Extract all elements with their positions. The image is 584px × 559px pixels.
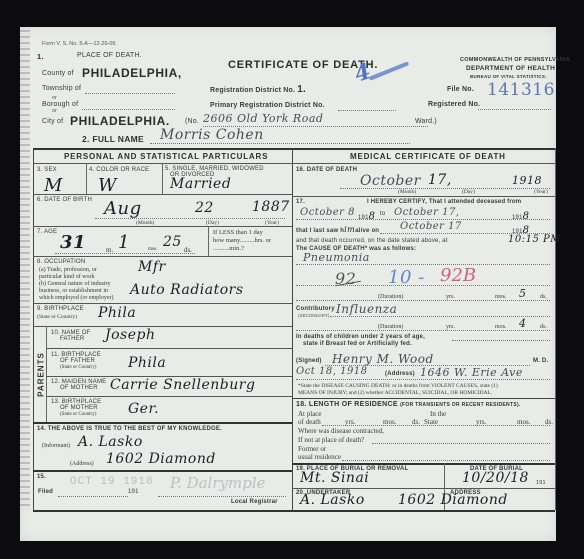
divider bbox=[86, 163, 87, 194]
residence-heading: 18. LENGTH OF RESIDENCE (FOR TRANSIENTS … bbox=[296, 401, 521, 408]
occupation-a-value: Mfr bbox=[138, 259, 166, 275]
residence-state: State bbox=[424, 418, 438, 426]
divider bbox=[208, 226, 209, 256]
md-label: M. D. bbox=[533, 358, 548, 364]
less-than-day-line3: ..........min.? bbox=[213, 245, 244, 253]
race-label: 4. COLOR OR RACE bbox=[89, 167, 149, 173]
registration-district-label: Registration District No. 1. bbox=[210, 84, 306, 95]
children-line bbox=[452, 340, 550, 341]
occupation-b-hint-3: which employed (or employer) bbox=[39, 294, 113, 302]
cause-code-red: 92B bbox=[440, 265, 476, 286]
divider bbox=[162, 163, 163, 194]
year-suffix: 8 bbox=[523, 211, 530, 222]
informant-statement: 14. THE ABOVE IS TRUE TO THE BEST OF MY … bbox=[37, 426, 222, 432]
street-label: (No. bbox=[185, 118, 199, 125]
sex-value: M bbox=[44, 175, 63, 196]
children-line1: In deaths of children under 2 years of a… bbox=[296, 334, 425, 340]
filed-line bbox=[58, 496, 128, 497]
residence-if-not: If not at place of death? bbox=[298, 436, 364, 444]
address-line bbox=[296, 379, 550, 380]
attended-to: October 17, bbox=[394, 207, 460, 218]
last-saw-label: that I last saw himalive on bbox=[296, 225, 379, 234]
registration-district-value: 1. bbox=[297, 84, 306, 95]
divider bbox=[46, 396, 292, 397]
grid-right-border bbox=[555, 148, 556, 510]
signed-value: Henry M. Wood bbox=[332, 352, 434, 366]
file-no-label: File No. bbox=[447, 86, 474, 93]
contributory-duration-days: 4 bbox=[519, 317, 527, 330]
cause-duration-days: 5 bbox=[519, 287, 527, 300]
year-prefix: 191 bbox=[358, 215, 369, 221]
full-name-value: Morris Cohen bbox=[160, 127, 264, 143]
township-field bbox=[85, 93, 175, 94]
last-saw-label-b: alive on bbox=[355, 228, 379, 234]
to-label: to bbox=[380, 211, 385, 217]
mother-birthplace-value: Ger. bbox=[128, 401, 159, 417]
residence-line-3 bbox=[342, 460, 550, 461]
grid-center-divider bbox=[292, 148, 293, 510]
residence-usual: usual residence bbox=[298, 453, 341, 461]
marital-value: Married bbox=[170, 176, 231, 192]
ward-label: Ward.) bbox=[415, 118, 437, 125]
divider bbox=[292, 398, 555, 399]
township-label: Township of bbox=[42, 85, 81, 92]
agency-department: DEPARTMENT OF HEALTH bbox=[466, 65, 555, 72]
divider bbox=[292, 196, 555, 197]
undertaker-address-value: 1602 Diamond bbox=[398, 492, 508, 508]
age-years: 31 bbox=[60, 232, 86, 253]
mother-name-value: Carrie Snellenburg bbox=[110, 377, 255, 393]
registered-no-field bbox=[478, 109, 551, 110]
or-label: or bbox=[52, 108, 57, 114]
divider bbox=[46, 348, 292, 349]
death-time-value: 10:15 PM. bbox=[508, 234, 565, 245]
duration-line-2 bbox=[296, 330, 550, 331]
dod-label: 16. DATE OF DEATH bbox=[296, 167, 357, 173]
father-birthplace-value: Phila bbox=[128, 355, 166, 371]
primary-registration-field bbox=[338, 110, 396, 111]
dod-year-prefix: 191 bbox=[512, 174, 535, 187]
less-than-day-line2: how many.........hrs. or bbox=[213, 237, 271, 245]
race-value: W bbox=[98, 175, 117, 196]
signed-label: (Signed) bbox=[296, 358, 322, 364]
grid-left-border bbox=[33, 148, 34, 510]
occupation-label: 8. OCCUPATION bbox=[37, 259, 85, 265]
divider bbox=[33, 256, 292, 257]
death-time-label: and that death occurred, on the date sta… bbox=[296, 238, 448, 244]
last-saw-him: im bbox=[344, 225, 355, 234]
age-months: 1 bbox=[118, 232, 130, 253]
medical-address-value: 1646 W. Erie Ave bbox=[420, 366, 523, 379]
divider bbox=[292, 163, 555, 164]
sex-label: 3. SEX bbox=[37, 167, 57, 173]
dod-year-label: (Year) bbox=[534, 188, 548, 196]
year-prefix: 191 bbox=[512, 215, 523, 221]
cause-line-1 bbox=[296, 264, 550, 265]
cause-value: Pneumonia bbox=[303, 251, 370, 264]
age-days: 25 bbox=[163, 234, 182, 250]
parents-divider bbox=[46, 326, 47, 422]
parents-side-label: PARENTS bbox=[37, 346, 46, 404]
residence-at-place: At place bbox=[298, 410, 322, 418]
residence-of-death: of death bbox=[298, 418, 321, 426]
personal-heading: PERSONAL AND STATISTICAL PARTICULARS bbox=[64, 152, 268, 161]
contributory-sub: (SECONDARY) bbox=[298, 313, 329, 318]
agency-bureau: BUREAU OF VITAL STATISTICS. bbox=[470, 74, 547, 79]
primary-registration-label: Primary Registration District No. bbox=[210, 102, 325, 109]
certify-line1: I HEREBY CERTIFY, That I attended deceas… bbox=[367, 199, 521, 205]
divider bbox=[292, 463, 555, 465]
residence-state-ds: ds. bbox=[545, 418, 553, 426]
registrar-line bbox=[158, 496, 286, 497]
informant-address-value: 1602 Diamond bbox=[106, 451, 216, 467]
contributory-value: Influenza bbox=[336, 302, 397, 316]
attended-to-year: 1918 bbox=[512, 211, 530, 222]
residence-ds: ds. bbox=[412, 418, 420, 426]
place-of-death-heading: PLACE OF DEATH. bbox=[77, 52, 142, 59]
grid-bottom-border bbox=[33, 510, 555, 512]
year-suffix: 8 bbox=[369, 211, 376, 222]
residence-mos: mos. bbox=[383, 418, 396, 426]
filing-section-number: 15. bbox=[37, 474, 46, 480]
registered-no-label: Registered No. bbox=[428, 101, 480, 108]
residence-in-the: In the bbox=[430, 410, 446, 418]
medical-heading: MEDICAL CERTIFICATE OF DEATH bbox=[350, 152, 506, 161]
dod-day-label: (Day) bbox=[462, 188, 475, 196]
dob-year: 1887 bbox=[252, 199, 290, 215]
borough-field bbox=[82, 109, 175, 110]
sign-date: Oct 18, 1918 bbox=[296, 366, 368, 377]
county-label: County of bbox=[42, 70, 74, 77]
children-line2: state if Breast fed or Artificially fed. bbox=[303, 341, 412, 347]
undertaker-value: A. Lasko bbox=[300, 492, 365, 508]
attended-from-year: 1918 bbox=[358, 211, 376, 222]
city-value: PHILADELPHIA. bbox=[70, 114, 170, 128]
full-name-line bbox=[150, 143, 410, 144]
residence-yrs: yrs. bbox=[345, 418, 355, 426]
residence-where-contracted: Where was disease contracted, bbox=[298, 427, 384, 435]
residence-state-yrs: yrs. bbox=[476, 418, 486, 426]
mother-birthplace-sub: (State or Country) bbox=[60, 411, 96, 419]
place-of-death-number: 1. bbox=[37, 52, 44, 61]
borough-label: Borough of bbox=[42, 101, 78, 108]
residence-former: Former or bbox=[298, 445, 326, 453]
dod-month-label: (Month) bbox=[398, 188, 416, 196]
divider bbox=[33, 326, 292, 327]
full-name-label: 2. FULL NAME bbox=[82, 134, 144, 144]
birthplace-value: Phila bbox=[98, 305, 136, 321]
residence-line-2 bbox=[372, 443, 550, 444]
dod-year: 1918 bbox=[512, 174, 542, 187]
county-value: PHILADELPHIA, bbox=[82, 66, 182, 80]
form-number: Form V. S. No. 5-A—12-26-09. bbox=[42, 41, 117, 47]
informant-value: A. Lasko bbox=[78, 434, 143, 450]
attended-from: October 8 bbox=[300, 207, 355, 218]
filed-year-prefix: 191 bbox=[128, 489, 139, 495]
age-label: 7. AGE bbox=[37, 229, 57, 235]
father-birthplace-sub: (State or Country) bbox=[60, 364, 96, 372]
registrar-signature: P. Dalrymple bbox=[170, 474, 266, 492]
divider bbox=[33, 226, 292, 227]
filed-label: Filed bbox=[38, 489, 53, 495]
burial-place-value: Mt. Sinai bbox=[300, 470, 369, 486]
father-name-value: Joseph bbox=[105, 327, 156, 343]
residence-state-mos: mos. bbox=[517, 418, 530, 426]
medical-address-label: (Address) bbox=[385, 371, 415, 377]
divider bbox=[33, 422, 292, 424]
informant-label: (Informant) bbox=[42, 442, 70, 450]
filed-date-stamp: OCT 19 1918 bbox=[70, 476, 154, 488]
local-registrar-label: Local Registrar bbox=[231, 499, 278, 505]
burial-date-value: 10/20/18 bbox=[462, 470, 529, 486]
father-name-label-2: FATHER bbox=[60, 336, 84, 342]
cause-line-2 bbox=[296, 285, 550, 286]
grid-top-border bbox=[33, 148, 555, 150]
dod-month: October bbox=[360, 173, 421, 189]
dod-year-suffix: 8 bbox=[535, 174, 543, 187]
mother-name-label-2: OF MOTHER bbox=[60, 385, 98, 391]
informant-address-label: (Address) bbox=[70, 460, 94, 468]
last-saw-label-a: that I last saw h bbox=[296, 228, 344, 234]
contributory-label: Contributory bbox=[296, 306, 335, 312]
less-than-day-line1: If LESS than 1 day bbox=[213, 229, 263, 237]
street-value: 2606 Old York Road bbox=[203, 112, 323, 125]
dod-day: 17, bbox=[428, 172, 452, 188]
divider bbox=[33, 194, 292, 195]
dob-month: Aug bbox=[104, 198, 142, 219]
registration-district-text: Registration District No. bbox=[210, 87, 295, 94]
residence-heading-text: 18. LENGTH OF RESIDENCE bbox=[296, 401, 398, 408]
contributory-line bbox=[330, 316, 550, 317]
occupation-b-value: Auto Radiators bbox=[130, 282, 244, 298]
last-saw-date: October 17 bbox=[400, 221, 462, 232]
city-label: City of bbox=[42, 118, 63, 125]
certify-number: 17. bbox=[296, 199, 305, 205]
residence-heading-sub: (FOR TRANSIENTS OR RECENT RESIDENTS). bbox=[400, 402, 521, 408]
age-line bbox=[55, 253, 195, 254]
dod-line bbox=[340, 188, 550, 189]
paper-edge-strip bbox=[20, 30, 30, 510]
attended-line bbox=[296, 219, 550, 220]
birthplace-label: 9. BIRTHPLACE bbox=[37, 306, 84, 312]
dob-line bbox=[95, 218, 285, 219]
dob-day: 22 bbox=[195, 200, 214, 216]
divider bbox=[33, 303, 292, 304]
divider bbox=[33, 470, 292, 472]
file-number-stamp: 141316 bbox=[487, 80, 555, 100]
divider bbox=[292, 488, 555, 489]
birthplace-sub: (State or Country) bbox=[37, 313, 77, 321]
dob-label: 6. DATE OF BIRTH bbox=[37, 197, 92, 203]
footnote-line2: MEANS OF INJURY; and (2) whether ACCIDEN… bbox=[298, 390, 492, 397]
footnote-line1: *State the DISEASE CAUSING DEATH; or in … bbox=[298, 383, 498, 390]
agency-commonwealth: COMMONWEALTH OF PENNSYLVANIA. bbox=[460, 57, 572, 63]
burial-date-suffix: 191 bbox=[536, 480, 546, 486]
duration-line-1 bbox=[296, 300, 550, 301]
